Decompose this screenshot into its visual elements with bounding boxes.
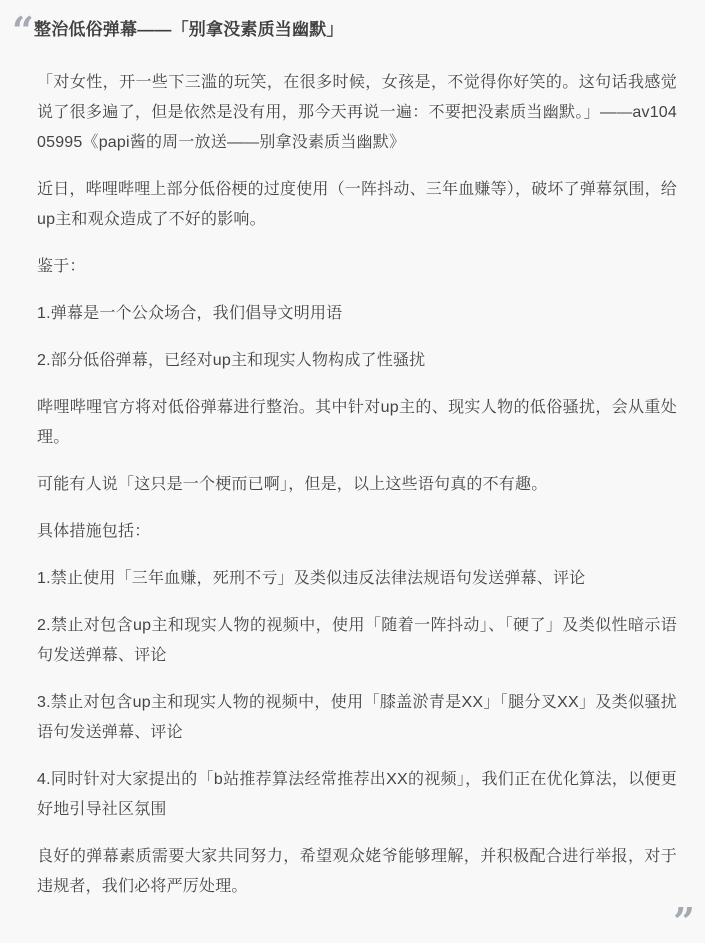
paragraph: 4.同时针对大家提出的「b站推荐算法经常推荐出XX的视频」，我们正在优化算法，以… xyxy=(37,765,677,825)
paragraph: 近日，哔哩哔哩上部分低俗梗的过度使用（一阵抖动、三年血赚等），破坏了弹幕氛围，给… xyxy=(37,175,677,235)
paragraph: 良好的弹幕素质需要大家共同努力，希望观众姥爷能够理解，并积极配合进行举报，对于违… xyxy=(37,842,677,902)
paragraph: 「对女性，开一些下三滥的玩笑，在很多时候，女孩是，不觉得你好笑的。这句话我感觉说… xyxy=(37,68,677,158)
paragraph: 具体措施包括： xyxy=(37,517,677,547)
paragraph: 1.禁止使用「三年血赚，死刑不亏」及类似违反法律法规语句发送弹幕、评论 xyxy=(37,564,677,594)
paragraph: 可能有人说「这只是一个梗而已啊」，但是，以上这些语句真的不有趣。 xyxy=(37,470,677,500)
paragraph: 1.弹幕是一个公众场合，我们倡导文明用语 xyxy=(37,299,677,329)
paragraph: 哔哩哔哩官方将对低俗弹幕进行整治。其中针对up主的、现实人物的低俗骚扰，会从重处… xyxy=(37,393,677,453)
article-quote-container: “ 整治低俗弹幕——「别拿没素质当幽默」 「对女性，开一些下三滥的玩笑，在很多时… xyxy=(0,0,705,943)
paragraph: 3.禁止对包含up主和现实人物的视频中，使用「膝盖淤青是XX」「腿分叉XX」及类… xyxy=(37,688,677,748)
article-body: 「对女性，开一些下三滥的玩笑，在很多时候，女孩是，不觉得你好笑的。这句话我感觉说… xyxy=(37,68,677,902)
paragraph: 鉴于： xyxy=(37,252,677,282)
paragraph: 2.部分低俗弹幕，已经对up主和现实人物构成了性骚扰 xyxy=(37,346,677,376)
paragraph: 2.禁止对包含up主和现实人物的视频中，使用「随着一阵抖动」、「硬了」及类似性暗… xyxy=(37,611,677,671)
quote-close-icon: ” xyxy=(673,903,695,941)
quote-open-icon: “ xyxy=(12,12,34,50)
article-title: 整治低俗弹幕——「别拿没素质当幽默」 xyxy=(34,15,677,45)
